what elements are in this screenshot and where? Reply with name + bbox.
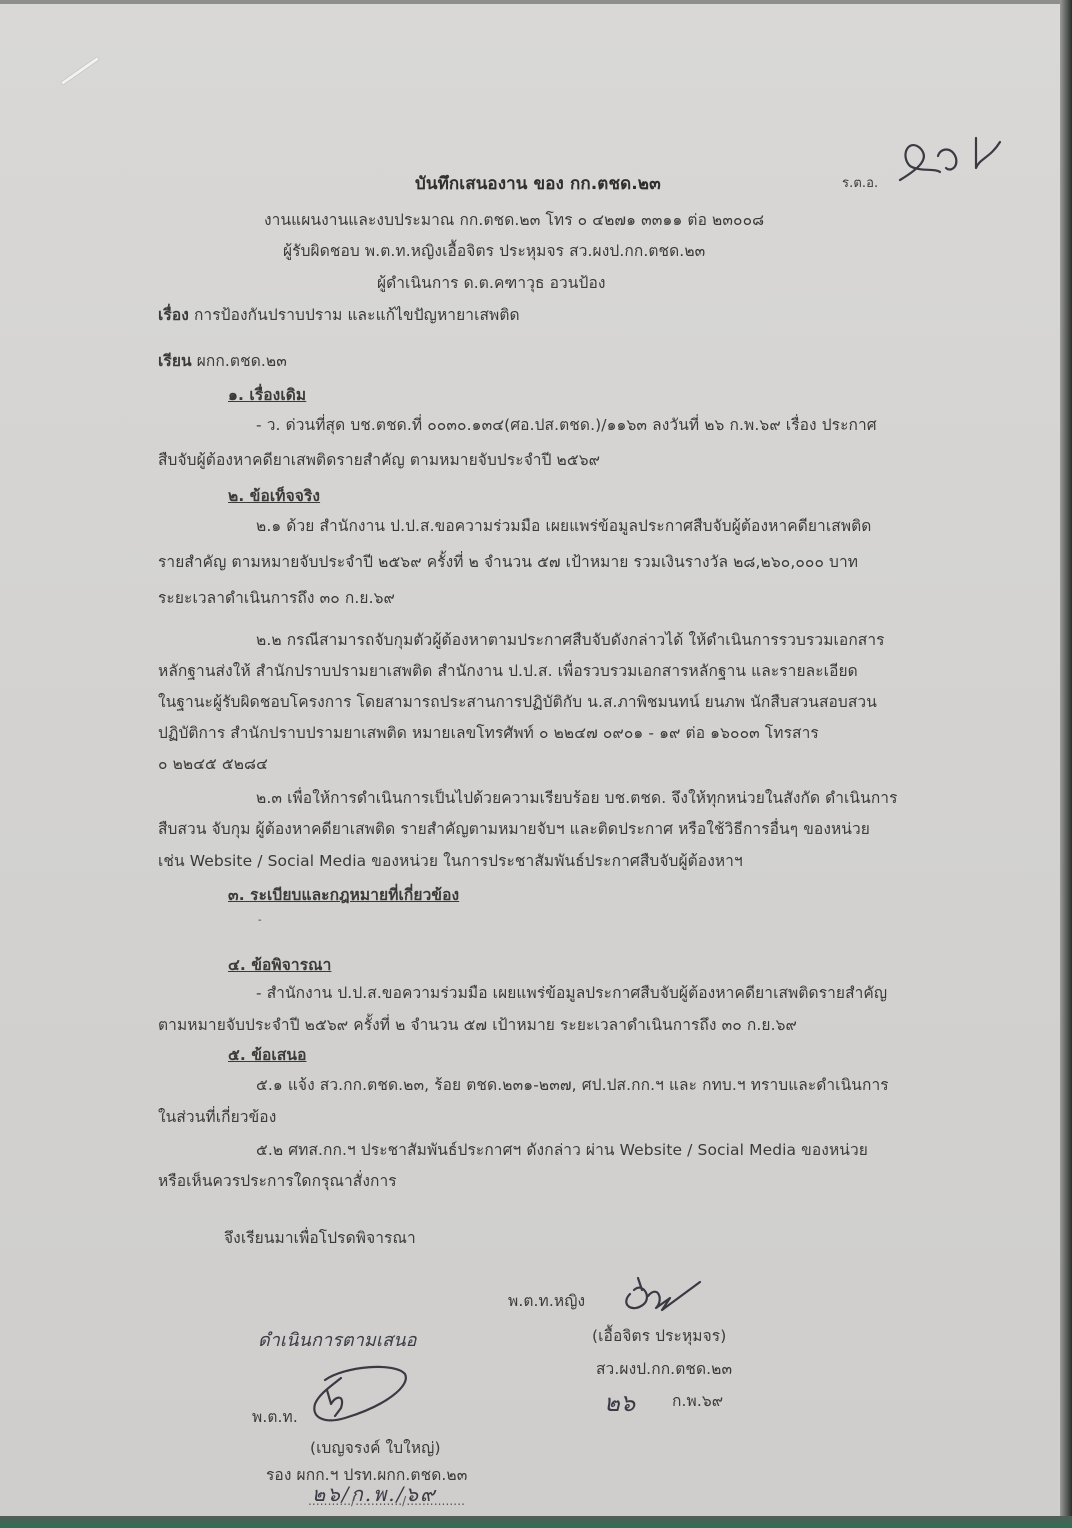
page-top-edge <box>0 0 1064 4</box>
approval-rank: พ.ต.ท. <box>252 1404 298 1429</box>
page-bottom-edge <box>0 1516 1072 1528</box>
header-line-responsible: ผู้รับผิดชอบ พ.ต.ท.หญิงเอื้อจิตร ประหุมจ… <box>283 238 705 263</box>
section-4-line: - สำนักงาน ป.ป.ส.ขอความร่วมมือ เผยแพร่ข้… <box>256 980 887 1005</box>
section-3-heading: ๓. ระเบียบและกฎหมายที่เกี่ยวข้อง <box>228 882 459 907</box>
section-5-1-line: ในส่วนที่เกี่ยวข้อง <box>158 1104 276 1129</box>
section-3-body: - <box>258 915 262 926</box>
subject-label: เรื่อง <box>158 306 189 324</box>
section-2-1-line: รายสำคัญ ตามหมายจับประจำปี ๒๕๖๙ ครั้งที่… <box>158 549 858 574</box>
section-2-3-line: ๒.๓ เพื่อให้การดำเนินการเป็นไปด้วยความเร… <box>256 785 898 810</box>
section-1-line: - ว. ด่วนที่สุด บช.ตชด.ที่ ๐๐๓๐.๑๓๔(ศอ.ป… <box>256 412 877 437</box>
section-5-1-line: ๕.๑ แจ้ง สว.กก.ตชด.๒๓, ร้อย ตชด.๒๓๑-๒๓๗,… <box>256 1072 889 1097</box>
signer-signature <box>618 1270 718 1320</box>
section-2-2-line: ๒.๒ กรณีสามารถจับกุมตัวผู้ต้องหาตามประกา… <box>256 627 885 652</box>
section-2-heading: ๒. ข้อเท็จจริง <box>228 483 320 508</box>
section-5-2-line: หรือเห็นควรประการใดกรุณาสั่งการ <box>158 1168 397 1193</box>
section-4-line: ตามหมายจับประจำปี ๒๕๖๙ ครั้งที่ ๒ จำนวน … <box>158 1012 797 1037</box>
section-2-2-line: ปฏิบัติการ สำนักปราบปรามยาเสพติด หมายเลข… <box>158 720 819 745</box>
signer-name: (เอื้อจิตร ประหุมจร) <box>592 1323 726 1348</box>
section-2-1-line: ๒.๑ ด้วย สำนักงาน ป.ป.ส.ขอความร่วมมือ เผ… <box>256 513 871 538</box>
section-2-2-line: หลักฐานส่งให้ สำนักปราบปรามยาเสพติด สำนั… <box>158 658 858 683</box>
to-line: เรียน ผกก.ตชด.๒๓ <box>158 348 287 373</box>
document-title: บันทึกเสนองาน ของ กก.ตชด.๒๓ <box>415 170 661 197</box>
approval-note: ดำเนินการตามเสนอ <box>258 1325 417 1354</box>
signer-rank: พ.ต.ท.หญิง <box>508 1288 585 1313</box>
approval-name: (เบญจรงค์ ใบใหญ่) <box>310 1435 441 1460</box>
approval-date-dotted-line: .........../............/............... <box>308 1494 465 1508</box>
section-5-2-line: ๕.๒ ศทส.กก.ฯ ประชาสัมพันธ์ประกาศฯ ดังกล่… <box>256 1137 868 1162</box>
to-label: เรียน <box>158 352 192 370</box>
section-2-3-line: สืบสวน จับกุม ผู้ต้องหาคดียาเสพติด รายสำ… <box>158 816 870 841</box>
page-right-edge <box>1060 0 1072 1528</box>
signer-date-day: ๒๖ <box>604 1383 635 1422</box>
header-line-office: งานแผนงานและงบประมาณ กก.ตชด.๒๓ โทร ๐ ๔๒๗… <box>264 207 764 232</box>
initial-label: ร.ต.อ. <box>842 172 878 193</box>
signer-position: สว.ผงป.กก.ตชด.๒๓ <box>596 1356 732 1381</box>
to-text: ผกก.ตชด.๒๓ <box>197 352 287 370</box>
signer-date-rest: ก.พ.๖๙ <box>672 1388 723 1413</box>
section-2-2-line: ๐ ๒๒๔๕ ๕๒๘๔ <box>158 751 268 776</box>
closing-text: จึงเรียนมาเพื่อโปรดพิจารณา <box>224 1225 416 1250</box>
section-4-heading: ๔. ข้อพิจารณา <box>228 952 331 977</box>
section-2-3-line: เช่น Website / Social Media ของหน่วย ในก… <box>158 848 743 873</box>
approval-signature <box>305 1360 415 1430</box>
subject-line: เรื่อง การป้องกันปราบปราม และแก้ไขปัญหาย… <box>158 302 520 327</box>
section-2-2-line: ในฐานะผู้รับผิดชอบโครงการ โดยสามารถประสา… <box>158 689 877 714</box>
section-1-heading: ๑. เรื่องเดิม <box>228 382 306 407</box>
section-5-heading: ๕. ข้อเสนอ <box>228 1042 306 1067</box>
section-1-line: สืบจับผู้ต้องหาคดียาเสพติดรายสำคัญ ตามหม… <box>158 447 600 472</box>
subject-text: การป้องกันปราบปราม และแก้ไขปัญหายาเสพติด <box>194 306 520 324</box>
section-2-1-line: ระยะเวลาดำเนินการถึง ๓๐ ก.ย.๖๙ <box>158 585 395 610</box>
initial-signature <box>880 128 1010 188</box>
header-line-operator: ผู้ดำเนินการ ด.ต.คฑาวุธ อวนป้อง <box>377 270 606 295</box>
